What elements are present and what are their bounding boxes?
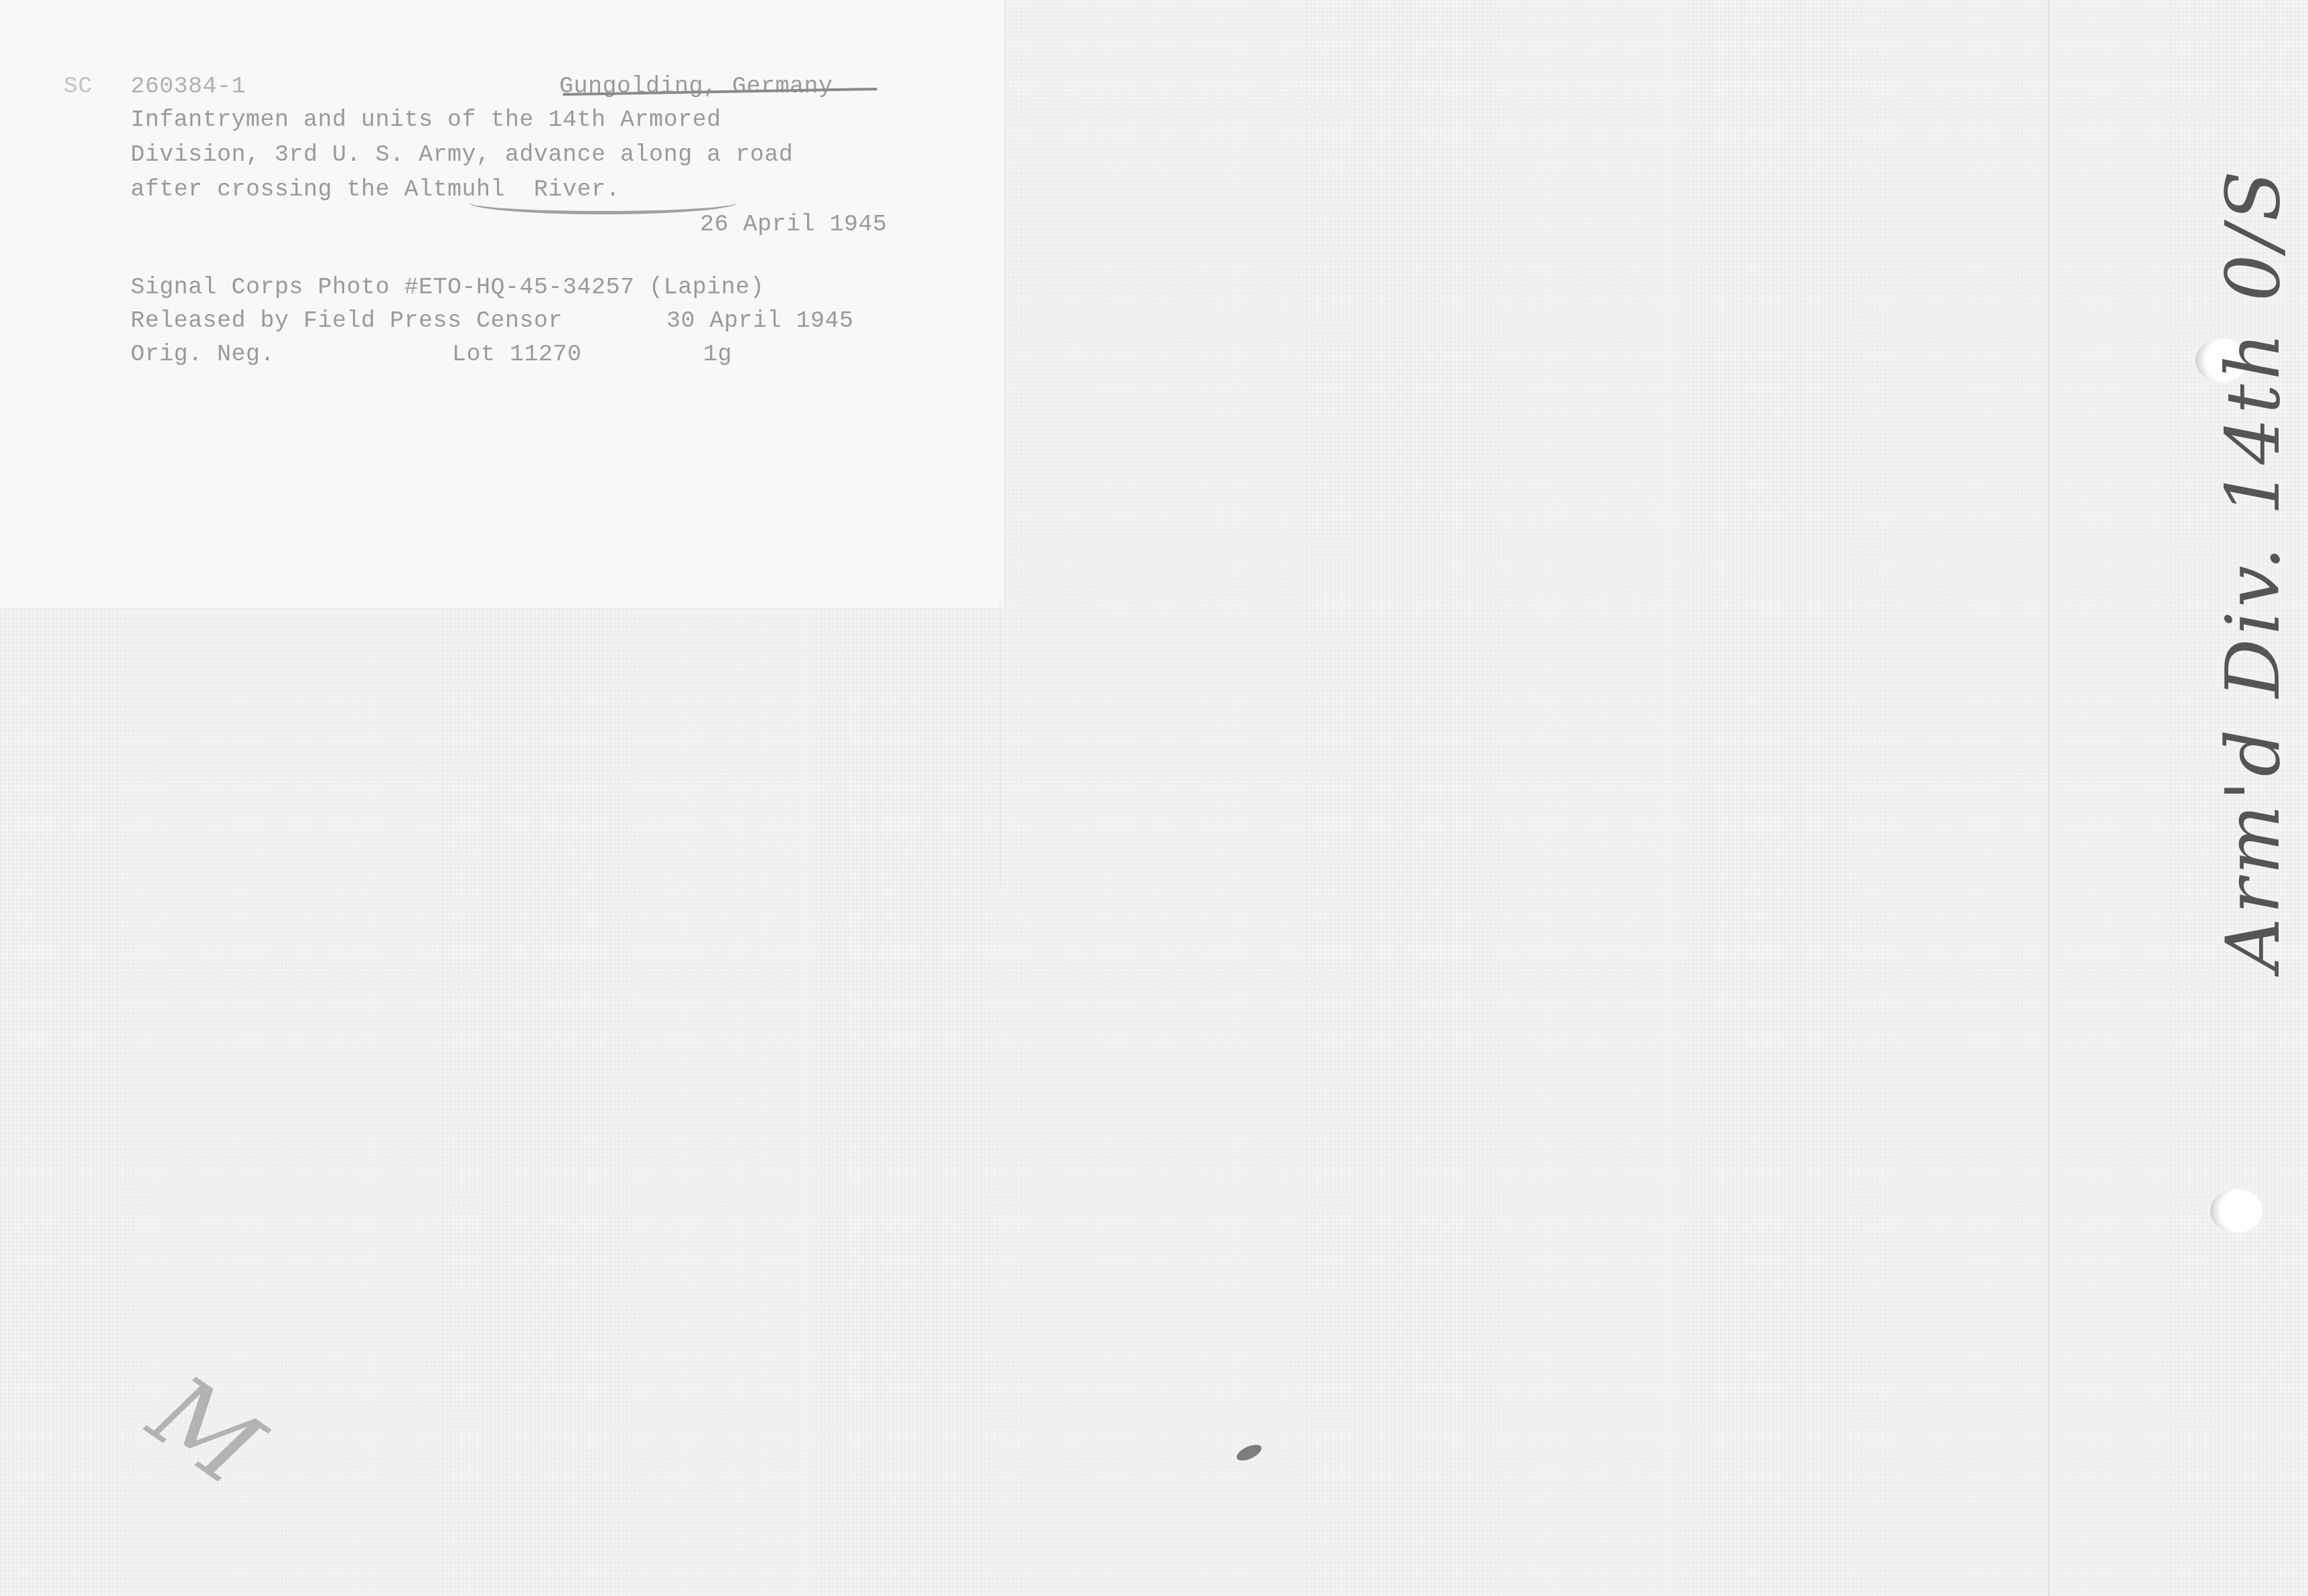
archive-mount-sheet: SC 260384-1 Gungolding, Germany Infantry…: [0, 0, 2308, 1596]
caption-line-2: Division, 3rd U. S. Army, advance along …: [131, 143, 793, 167]
card-seam: [999, 603, 1001, 884]
release-label: Released by Field Press Censor: [131, 309, 563, 333]
handwritten-division-note: Arm'd Div. 14th 0/S: [2210, 167, 2296, 971]
record-number: 260384-1: [131, 75, 246, 98]
neg-code: 1g: [703, 343, 732, 366]
lot-number: Lot 11270: [452, 343, 582, 366]
river-underline: [469, 191, 737, 214]
punch-hole-bottom: [2210, 1189, 2262, 1233]
binding-fold-line: [2048, 0, 2050, 1596]
release-date: 30 April 1945: [666, 309, 854, 333]
pencil-mark: M: [130, 1354, 281, 1509]
ink-smudge: [1234, 1441, 1264, 1463]
record-prefix: SC: [64, 75, 92, 98]
photo-date: 26 April 1945: [700, 213, 887, 236]
orig-neg-label: Orig. Neg.: [131, 343, 275, 366]
caption-card: SC 260384-1 Gungolding, Germany Infantry…: [0, 0, 1005, 608]
caption-line-1: Infantrymen and units of the 14th Armore…: [131, 108, 721, 132]
signal-corps-line: Signal Corps Photo #ETO-HQ-45-34257 (Lap…: [131, 276, 764, 299]
